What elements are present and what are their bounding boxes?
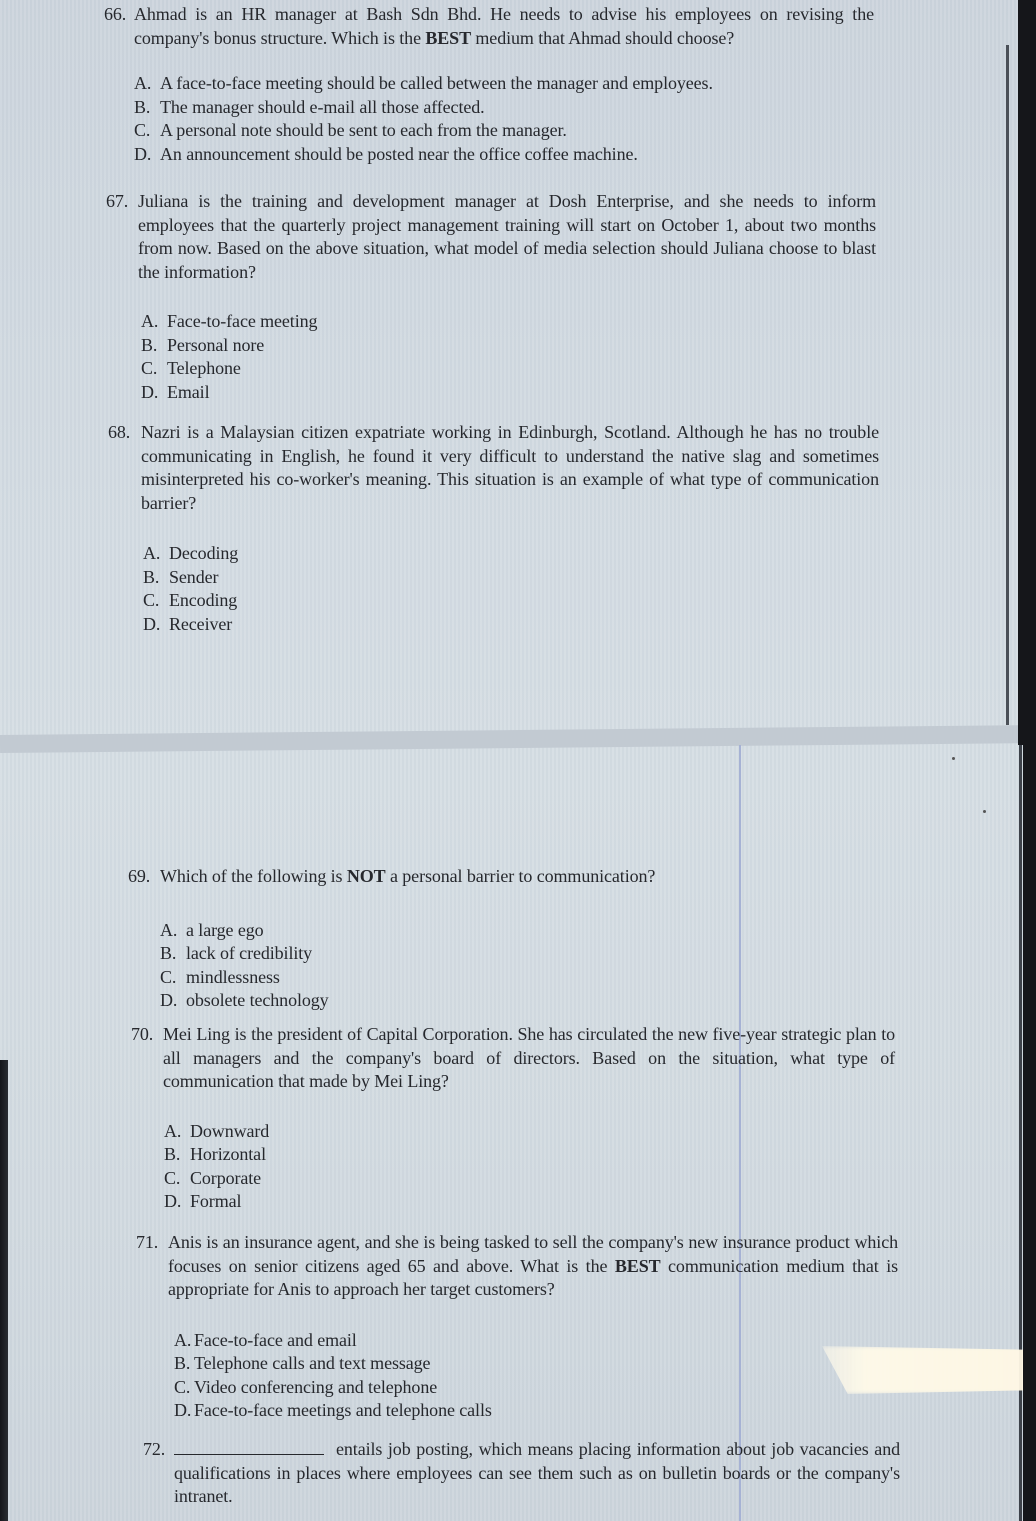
option-letter: C. <box>134 119 160 143</box>
question-stem: Ahmad is an HR manager at Bash Sdn Bhd. … <box>134 3 874 50</box>
options-list: A.A face-to-face meeting should be calle… <box>134 72 874 166</box>
option-text: a large ego <box>186 919 264 943</box>
option-text: Face-to-face meetings and telephone call… <box>194 1399 492 1423</box>
question-number: 68. <box>108 421 141 515</box>
option-text: Personal nore <box>167 334 264 358</box>
option-text: A personal note should be sent to each f… <box>160 119 567 143</box>
option-text: A face-to-face meeting should be called … <box>160 72 713 96</box>
option-letter: C. <box>141 357 167 381</box>
option-a: A.a large ego <box>160 919 888 943</box>
question-66: 66. Ahmad is an HR manager at Bash Sdn B… <box>104 3 874 166</box>
option-letter: B. <box>174 1352 194 1376</box>
option-letter: D. <box>160 989 186 1013</box>
question-67: 67. Juliana is the training and developm… <box>106 190 876 404</box>
options-list: A.Face-to-face and email B.Telephone cal… <box>174 1329 898 1423</box>
option-d: D.obsolete technology <box>160 989 888 1013</box>
option-letter: C. <box>143 589 169 613</box>
option-letter: A. <box>134 72 160 96</box>
option-a: A.Decoding <box>143 542 879 566</box>
option-letter: A. <box>174 1329 194 1353</box>
option-text: An announcement should be posted near th… <box>160 143 638 167</box>
option-d: D.Email <box>141 381 876 405</box>
question-number: 67. <box>106 190 138 284</box>
stem-emphasis: NOT <box>347 866 386 886</box>
option-letter: D. <box>164 1190 190 1214</box>
option-a: A.Downward <box>164 1120 895 1144</box>
option-letter: C. <box>164 1167 190 1191</box>
option-letter: B. <box>134 96 160 120</box>
option-b: B.lack of credibility <box>160 942 888 966</box>
option-text: Receiver <box>169 613 232 637</box>
stem-emphasis: BEST <box>615 1256 661 1276</box>
option-text: Face-to-face and email <box>194 1329 357 1353</box>
option-text: Sender <box>169 566 218 590</box>
stem-text: a personal barrier to communication? <box>386 866 656 886</box>
option-text: Decoding <box>169 542 238 566</box>
option-b: B.The manager should e-mail all those af… <box>134 96 874 120</box>
question-70: 70. Mei Ling is the president of Capital… <box>131 1023 895 1214</box>
question-stem: Nazri is a Malaysian citizen expatriate … <box>141 421 879 515</box>
option-b: B.Telephone calls and text message <box>174 1352 898 1376</box>
options-list: A.Downward B.Horizontal C.Corporate D.Fo… <box>164 1120 895 1214</box>
option-letter: D. <box>143 613 169 637</box>
option-text: Downward <box>190 1120 269 1144</box>
option-c: C.mindlessness <box>160 966 888 990</box>
option-letter: A. <box>160 919 186 943</box>
option-text: lack of credibility <box>186 942 312 966</box>
monitor-bezel <box>0 1060 8 1521</box>
option-text: mindlessness <box>186 966 280 990</box>
option-b: B.Personal nore <box>141 334 876 358</box>
option-d: D.Face-to-face meetings and telephone ca… <box>174 1399 898 1423</box>
option-text: Video conferencing and telephone <box>194 1376 437 1400</box>
option-d: D.Formal <box>164 1190 895 1214</box>
option-text: Encoding <box>169 589 237 613</box>
option-c: C.Video conferencing and telephone <box>174 1376 898 1400</box>
option-b: B.Horizontal <box>164 1143 895 1167</box>
page-edge-line <box>1019 742 1022 1521</box>
options-list: A.Face-to-face meeting B.Personal nore C… <box>141 310 876 404</box>
stem-text: Which of the following is <box>160 866 347 886</box>
question-number: 72. <box>143 1438 174 1509</box>
options-list: A.Decoding B.Sender C.Encoding D.Receive… <box>143 542 879 636</box>
option-letter: A. <box>141 310 167 334</box>
option-letter: D. <box>134 143 160 167</box>
stem-emphasis: BEST <box>425 28 471 48</box>
question-number: 66. <box>104 3 134 50</box>
question-stem: Mei Ling is the president of Capital Cor… <box>163 1023 895 1094</box>
option-text: Corporate <box>190 1167 261 1191</box>
option-text: obsolete technology <box>186 989 329 1013</box>
option-letter: C. <box>174 1376 194 1400</box>
monitor-bezel <box>1023 745 1036 1521</box>
option-text: Telephone <box>167 357 241 381</box>
option-a: A.Face-to-face meeting <box>141 310 876 334</box>
options-list: A.a large ego B.lack of credibility C.mi… <box>160 919 888 1013</box>
option-a: A.A face-to-face meeting should be calle… <box>134 72 874 96</box>
dust-speck <box>952 757 955 760</box>
option-c: C.Corporate <box>164 1167 895 1191</box>
option-letter: B. <box>164 1143 190 1167</box>
fill-in-blank <box>174 1438 324 1455</box>
option-text: Telephone calls and text message <box>194 1352 430 1376</box>
question-stem: Anis is an insurance agent, and she is b… <box>168 1231 898 1302</box>
option-a: A.Face-to-face and email <box>174 1329 898 1353</box>
option-letter: A. <box>164 1120 190 1144</box>
question-69: 69. Which of the following is NOT a pers… <box>128 865 888 1013</box>
question-72: 72. entails job posting, which means pla… <box>143 1438 900 1509</box>
question-stem: Juliana is the training and development … <box>138 190 876 284</box>
option-text: The manager should e-mail all those affe… <box>160 96 485 120</box>
option-letter: B. <box>160 942 186 966</box>
option-letter: D. <box>174 1399 194 1423</box>
option-b: B.Sender <box>143 566 879 590</box>
question-number: 71. <box>136 1231 168 1302</box>
option-letter: B. <box>143 566 169 590</box>
option-letter: C. <box>160 966 186 990</box>
option-text: Horizontal <box>190 1143 266 1167</box>
option-d: D.Receiver <box>143 613 879 637</box>
option-text: Formal <box>190 1190 241 1214</box>
option-d: D.An announcement should be posted near … <box>134 143 874 167</box>
option-letter: A. <box>143 542 169 566</box>
question-stem: entails job posting, which means placing… <box>174 1438 900 1509</box>
question-68: 68. Nazri is a Malaysian citizen expatri… <box>108 421 879 636</box>
question-stem: Which of the following is NOT a personal… <box>160 865 888 889</box>
option-c: C.A personal note should be sent to each… <box>134 119 874 143</box>
stem-text: medium that Ahmad should choose? <box>471 28 734 48</box>
page-break <box>0 725 1036 753</box>
option-c: C.Encoding <box>143 589 879 613</box>
option-letter: D. <box>141 381 167 405</box>
question-number: 70. <box>131 1023 163 1094</box>
monitor-bezel <box>1018 0 1036 745</box>
question-71: 71. Anis is an insurance agent, and she … <box>136 1231 898 1423</box>
option-c: C.Telephone <box>141 357 876 381</box>
option-letter: B. <box>141 334 167 358</box>
dust-speck <box>983 810 986 813</box>
page-edge-line <box>1006 45 1009 725</box>
option-text: Face-to-face meeting <box>167 310 317 334</box>
option-text: Email <box>167 381 210 405</box>
question-number: 69. <box>128 865 160 889</box>
